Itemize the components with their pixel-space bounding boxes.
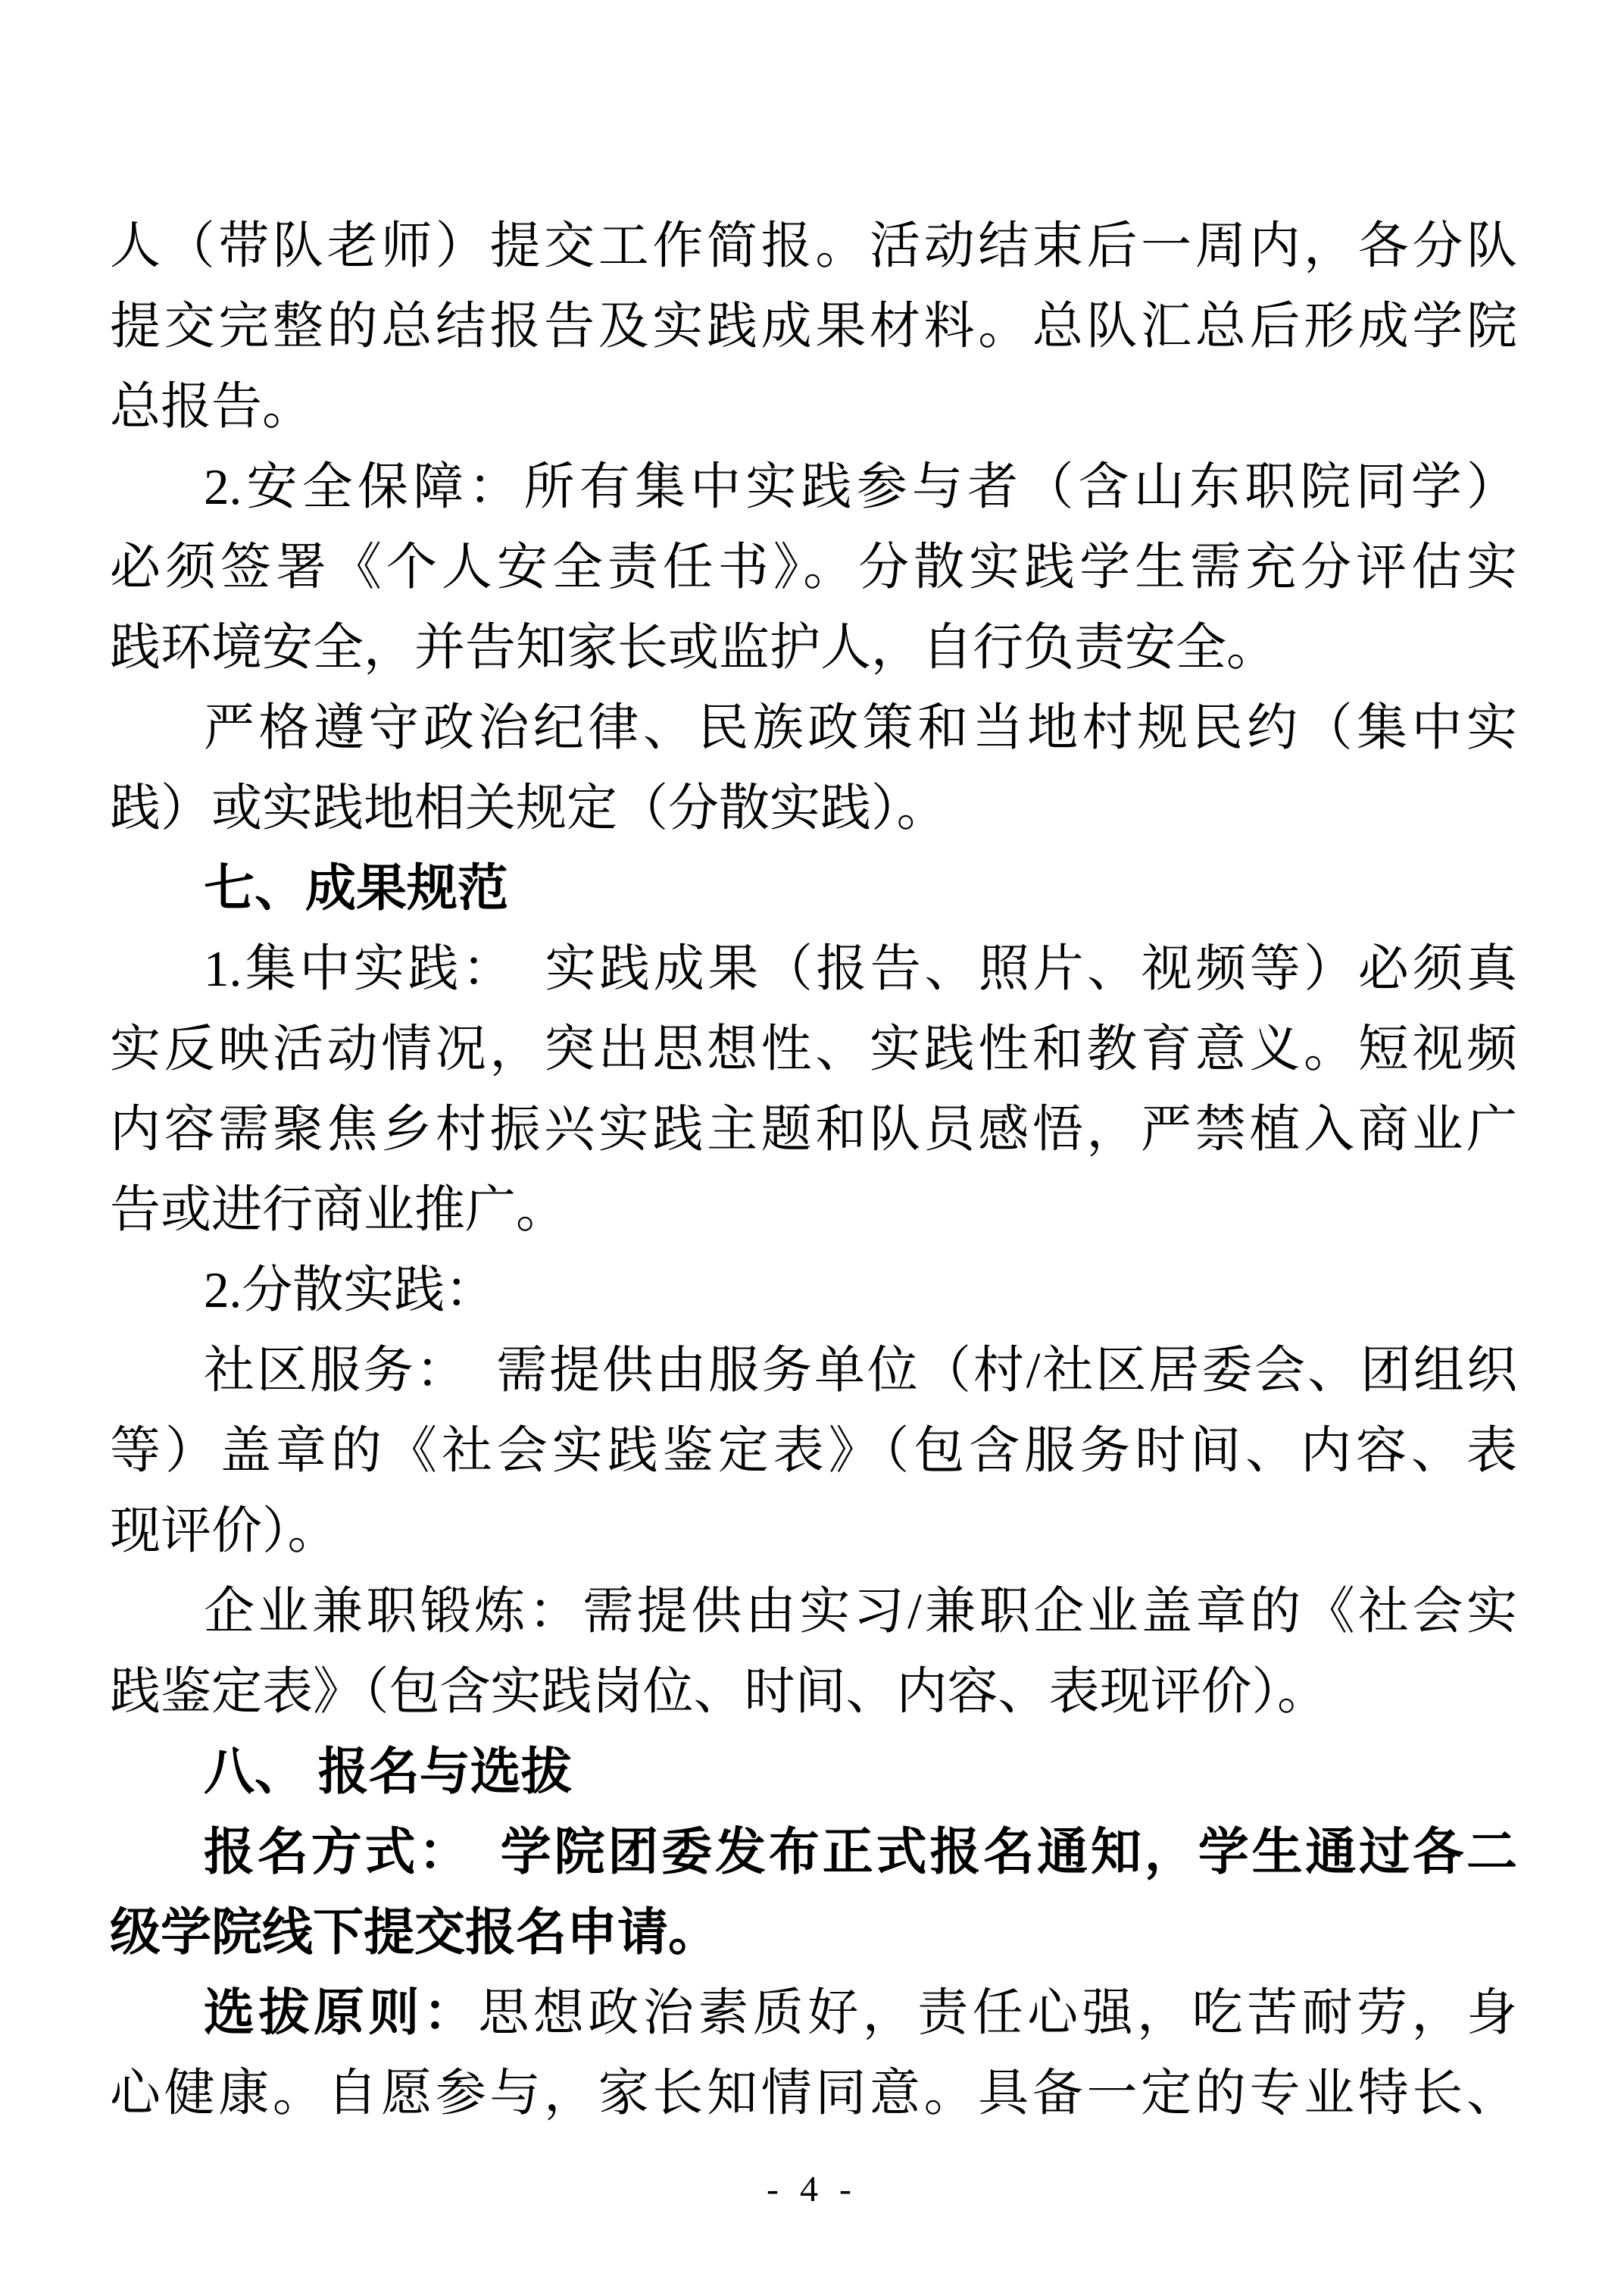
text-line: 践）或实践地相关规定（分散实践）。 — [110, 768, 1517, 849]
text-line: 心健康。自愿参与，家长知情同意。具备一定的专业特长、 — [110, 2053, 1517, 2134]
document-page: 人（带队老师）提交工作简报。活动结束后一周内，各分队 提交完整的总结报告及实践成… — [0, 0, 1624, 2273]
text-line: 企业兼职锻炼：需提供由实习/兼职企业盖章的《社会实 — [110, 1571, 1517, 1652]
text-line: 2.安全保障：所有集中实践参与者（含山东职院同学） — [110, 447, 1517, 527]
section-heading-signup: 八、 报名与选拔 — [110, 1732, 1517, 1812]
text-line: 人（带队老师）提交工作简报。活动结束后一周内，各分队 — [110, 206, 1517, 286]
text-line: 总报告。 — [110, 367, 1517, 447]
text-line: 等）盖章的《社会实践鉴定表》（包含服务时间、内容、表 — [110, 1411, 1517, 1491]
inline-text: 思想政治素质好，责任心强，吃苦耐劳，身 — [478, 1985, 1517, 2041]
text-line: 1.集中实践： 实践成果（报告、照片、视频等）必须真 — [110, 929, 1517, 1009]
text-line: 现评价）。 — [110, 1491, 1517, 1571]
text-line: 实反映活动情况，突出思想性、实践性和教育意义。短视频 — [110, 1009, 1517, 1090]
section-heading-results: 七、成果规范 — [110, 849, 1517, 929]
text-line: 告或进行商业推广。 — [110, 1170, 1517, 1250]
text-line: 内容需聚焦乡村振兴实践主题和队员感悟，严禁植入商业广 — [110, 1090, 1517, 1170]
text-line: 社区服务： 需提供由服务单位（村/社区居委会、团组织 — [110, 1330, 1517, 1411]
text-line: 级学院线下提交报名申请。 — [110, 1893, 1517, 1973]
page-number: - 4 - — [0, 2168, 1624, 2210]
text-line: 报名方式： 学院团委发布正式报名通知，学生通过各二 — [110, 1812, 1517, 1893]
text-line: 践环境安全，并告知家长或监护人，自行负责安全。 — [110, 608, 1517, 688]
document-body: 人（带队老师）提交工作简报。活动结束后一周内，各分队 提交完整的总结报告及实践成… — [110, 206, 1517, 2134]
text-line: 践鉴定表》（包含实践岗位、时间、内容、表现评价）。 — [110, 1652, 1517, 1732]
text-line: 必须签署《个人安全责任书》。分散实践学生需充分评估实 — [110, 527, 1517, 608]
text-line: 2.分散实践： — [110, 1250, 1517, 1330]
text-line: 严格遵守政治纪律、民族政策和当地村规民约（集中实 — [110, 688, 1517, 768]
text-line: 提交完整的总结报告及实践成果材料。总队汇总后形成学院 — [110, 286, 1517, 367]
text-line: 选拔原则：思想政治素质好，责任心强，吃苦耐劳，身 — [110, 1973, 1517, 2053]
inline-label: 选拔原则： — [204, 1985, 478, 2041]
